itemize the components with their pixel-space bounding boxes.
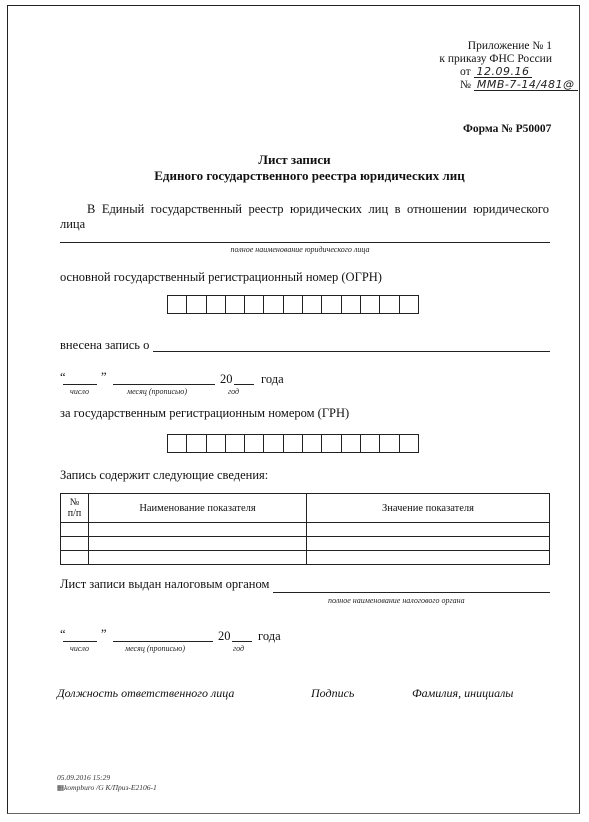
legal-entity-name-field[interactable] (60, 242, 550, 243)
indicator-name-cell[interactable] (89, 523, 307, 537)
number-handwritten: ММВ-7-14/481@ (474, 79, 578, 91)
date2-month-caption: месяц (прописью) (125, 644, 185, 653)
row-number-cell[interactable] (61, 551, 89, 565)
grn-label: за государственным регистрационным номер… (60, 406, 349, 421)
footer-reference: ▦kompburo /G K/Приз-E2106-1 (57, 783, 157, 793)
indicator-name-cell[interactable] (89, 551, 307, 565)
entry-field[interactable] (153, 351, 550, 352)
details-label: Запись содержит следующие сведения: (60, 468, 268, 483)
entry-label: внесена запись о (60, 338, 149, 353)
grn-cell[interactable] (379, 434, 399, 453)
date1-year-field[interactable] (234, 384, 254, 385)
grn-cell[interactable] (225, 434, 245, 453)
date2-year-caption: год (233, 644, 244, 653)
date2-close-quote: ” (101, 627, 107, 642)
full-name-label: Фамилия, инициалы (412, 686, 513, 701)
row-number-cell[interactable] (61, 523, 89, 537)
footer-block: 05.09.2016 15:29 ▦kompburo /G K/Приз-E21… (57, 773, 157, 793)
date1-year-word: года (261, 372, 284, 387)
table-row (61, 537, 550, 551)
date1-close-quote: ” (101, 370, 107, 385)
document-title-line2: Единого государственного реестра юридиче… (0, 168, 589, 184)
appendix-block: Приложение № 1 к приказу ФНС России (420, 40, 552, 66)
ogrn-cell[interactable] (283, 295, 303, 314)
details-table: № п/п Наименование показателя Значение п… (60, 493, 550, 565)
grn-cell[interactable] (167, 434, 187, 453)
footer-timestamp: 05.09.2016 15:29 (57, 773, 157, 783)
appendix-line1: Приложение № 1 (420, 40, 552, 53)
legal-entity-name-caption: полное наименование юридического лица (0, 245, 589, 254)
date2-year-field[interactable] (232, 641, 252, 642)
date-handwritten: 12.09.16 (474, 66, 533, 78)
header-indicator-value: Значение показателя (307, 494, 550, 523)
ogrn-cell[interactable] (321, 295, 341, 314)
ogrn-cell[interactable] (379, 295, 399, 314)
ogrn-input-boxes[interactable] (167, 295, 419, 314)
header-number: № п/п (61, 494, 89, 523)
tax-authority-field[interactable] (273, 592, 550, 593)
grn-cell[interactable] (321, 434, 341, 453)
grn-cell[interactable] (341, 434, 361, 453)
number-prefix: № (460, 79, 471, 91)
ogrn-cell[interactable] (206, 295, 226, 314)
grn-cell[interactable] (206, 434, 226, 453)
header-indicator-name: Наименование показателя (89, 494, 307, 523)
document-title-line1: Лист записи (0, 152, 589, 168)
indicator-value-cell[interactable] (307, 551, 550, 565)
date1-open-quote: “ (60, 370, 66, 385)
grn-input-boxes[interactable] (167, 434, 419, 453)
ogrn-cell[interactable] (167, 295, 187, 314)
date2-open-quote: “ (60, 627, 66, 642)
date1-month-field[interactable] (113, 384, 215, 385)
table-header-row: № п/п Наименование показателя Значение п… (61, 494, 550, 523)
ogrn-cell[interactable] (225, 295, 245, 314)
date1-year-caption: год (228, 387, 239, 396)
date2-day-field[interactable] (63, 641, 97, 642)
grn-cell[interactable] (399, 434, 419, 453)
ogrn-cell[interactable] (263, 295, 283, 314)
intro-text-line1: В Единый государственный реестр юридичес… (87, 202, 549, 217)
ogrn-cell[interactable] (244, 295, 264, 314)
date1-month-caption: месяц (прописью) (127, 387, 187, 396)
issued-label: Лист записи выдан налоговым органом (60, 577, 269, 592)
indicator-value-cell[interactable] (307, 523, 550, 537)
date1-century: 20 (220, 372, 233, 387)
indicator-value-cell[interactable] (307, 537, 550, 551)
ogrn-label: основной государственный регистрационный… (60, 270, 382, 285)
date1-day-field[interactable] (63, 384, 97, 385)
grn-cell[interactable] (244, 434, 264, 453)
ogrn-cell[interactable] (399, 295, 419, 314)
tax-authority-caption: полное наименование налогового органа (328, 596, 465, 605)
indicator-name-cell[interactable] (89, 537, 307, 551)
grn-cell[interactable] (302, 434, 322, 453)
row-number-cell[interactable] (61, 537, 89, 551)
grn-cell[interactable] (283, 434, 303, 453)
date2-century: 20 (218, 629, 231, 644)
signature-label: Подпись (311, 686, 354, 701)
date2-day-caption: число (70, 644, 89, 653)
date1-day-caption: число (70, 387, 89, 396)
intro-text-line2: лица (60, 217, 85, 232)
table-row (61, 523, 550, 537)
grn-cell[interactable] (360, 434, 380, 453)
ogrn-cell[interactable] (186, 295, 206, 314)
responsible-position-label: Должность ответственного лица (57, 686, 234, 701)
ogrn-cell[interactable] (360, 295, 380, 314)
table-row (61, 551, 550, 565)
grn-cell[interactable] (186, 434, 206, 453)
date-prefix: от (460, 66, 471, 78)
ogrn-cell[interactable] (302, 295, 322, 314)
ogrn-cell[interactable] (341, 295, 361, 314)
form-number: Форма № Р50007 (463, 123, 551, 135)
grn-cell[interactable] (263, 434, 283, 453)
appendix-number: № ММВ-7-14/481@ (460, 79, 578, 92)
date2-year-word: года (258, 629, 281, 644)
date2-month-field[interactable] (113, 641, 213, 642)
